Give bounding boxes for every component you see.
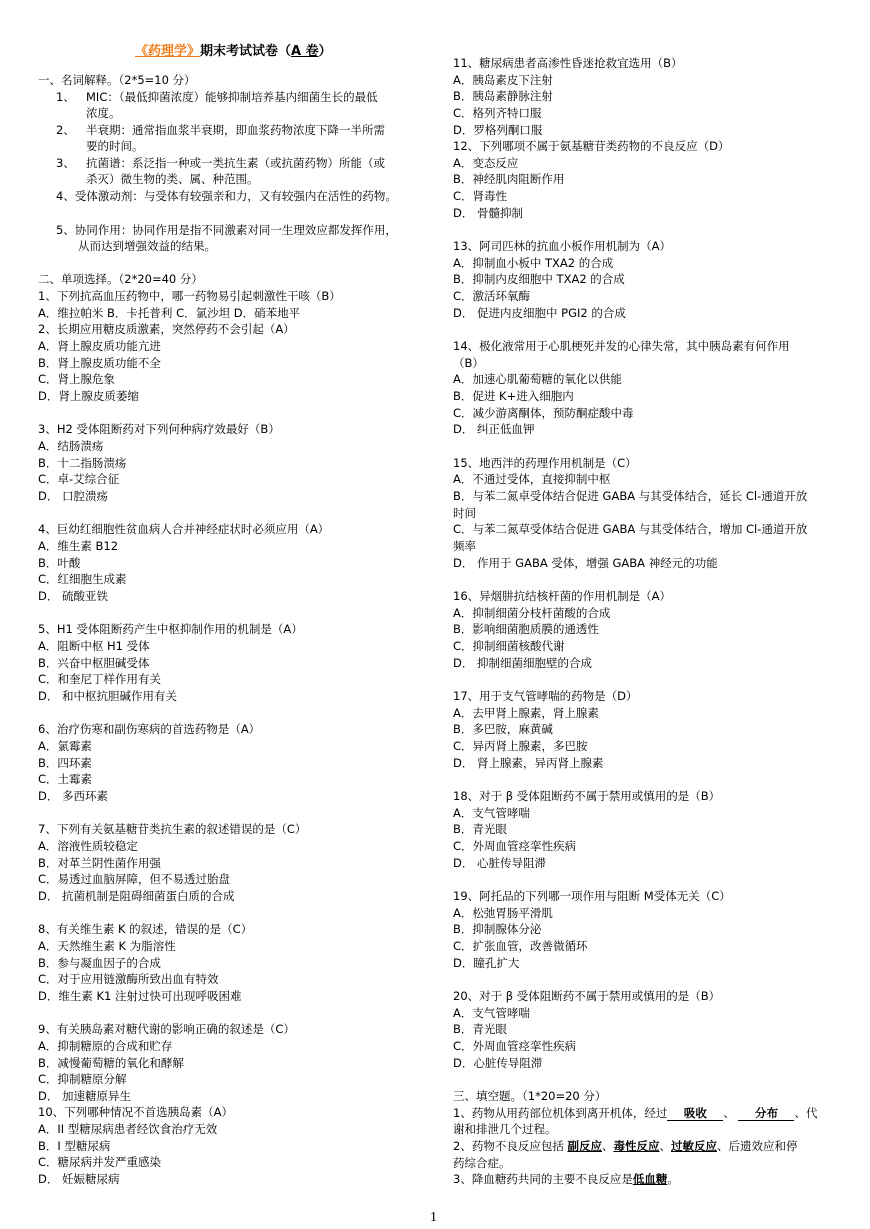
question: 18、对于 β 受体阻断药不属于禁用或慎用的是（B） [453,788,720,804]
fill-blank-2: 2、药物不良反应包括 副反应、毒性反应、过敏反应、后遗效应和停 [453,1138,797,1154]
answer-blank: 吸收 [667,1106,723,1121]
question: 14、极化液常用于心肌梗死并发的心律失常，其中胰岛素有何作用 [453,338,790,354]
question: 12、下列哪项不属于氨基糖苷类药物的不良反应（D） [453,138,730,154]
fill-blank-1: 1、药物从用药部位机体到离开机体，经过吸收、 分布、代 [453,1105,817,1121]
question: 1、下列抗高血压药物中，哪一药物易引起刺激性干咳（B） [38,288,341,304]
exam-page: 《药理学》期末考试试卷（A 卷） 一、名词解释。（2*5=10 分） 1、MIC… [0,0,870,1229]
section-heading: 三、填空题。（1*20=20 分） [453,1088,606,1104]
question: 3、H2 受体阻断药对下列何种病疗效最好（B） [38,421,280,437]
answer-blank: 分布 [738,1106,794,1121]
definition-item: 4、受体激动剂：与受体有较强亲和力，又有较强内在活性的药物。 [56,188,397,204]
question: 20、对于 β 受体阻断药不属于禁用或慎用的是（B） [453,988,720,1004]
fill-blank-3: 3、降血糖药共同的主要不良反应是低血糖。 [453,1171,679,1187]
answer-blank: 过敏反应 [671,1139,717,1153]
question: 13、阿司匹林的抗血小板作用机制为（A） [453,238,671,254]
section-heading: 二、单项选择。（2*20=40 分） [38,271,203,287]
question: 7、下列有关氨基糖苷类抗生素的叙述错误的是（C） [38,821,306,837]
definition-item: 3、抗菌谱：系泛指一种或一类抗生素（或抗菌药物）所能（或 [56,155,385,171]
section-heading: 一、名词解释。（2*5=10 分） [38,72,196,88]
question: 4、巨幼红细胞性贫血病人合并神经症状时必须应用（A） [38,521,329,537]
question: 8、有关维生素 K 的叙述，错误的是（C） [38,921,252,937]
page-title: 《药理学》期末考试试卷（A 卷） [135,40,332,59]
answer-blank: 副反应 [567,1139,602,1153]
title-subject: 《药理学》 [135,44,200,59]
definition-item: 5、协同作用：协同作用是指不同激素对同一生理效应都发挥作用， [56,222,397,238]
question: 17、用于支气管哮喘的药物是（D） [453,688,638,704]
question: 15、地西泮的药理作用机制是（C） [453,455,637,471]
page-number: 1 [430,1210,437,1226]
question: 16、异烟肼抗结核杆菌的作用机制是（A） [453,588,671,604]
definition-item: 2、半衰期：通常指血浆半衰期，即血浆药物浓度下降一半所需 [56,122,385,138]
question: 2、长期应用糖皮质激素，突然停药不会引起（A） [38,321,295,337]
answer-blank: 毒性反应 [613,1139,659,1153]
question: 6、治疗伤寒和副伤寒病的首选药物是（A） [38,721,260,737]
definition-item: 1、MIC：（最低抑菌浓度）能够抑制培养基内细菌生长的最低 [56,89,378,105]
question: 5、H1 受体阻断药产生中枢抑制作用的机制是（A） [38,621,303,637]
question: 10、下列哪种情况不首选胰岛素（A） [38,1104,233,1120]
question: 19、阿托品的下列哪一项作用与阻断 M受体无关（C） [453,888,731,904]
question: 11、糖尿病患者高渗性昏迷抢救宜选用（B） [453,55,683,71]
question: 9、有关胰岛素对糖代谢的影响正确的叙述是（C） [38,1021,295,1037]
answer-blank: 低血糖 [633,1172,668,1186]
